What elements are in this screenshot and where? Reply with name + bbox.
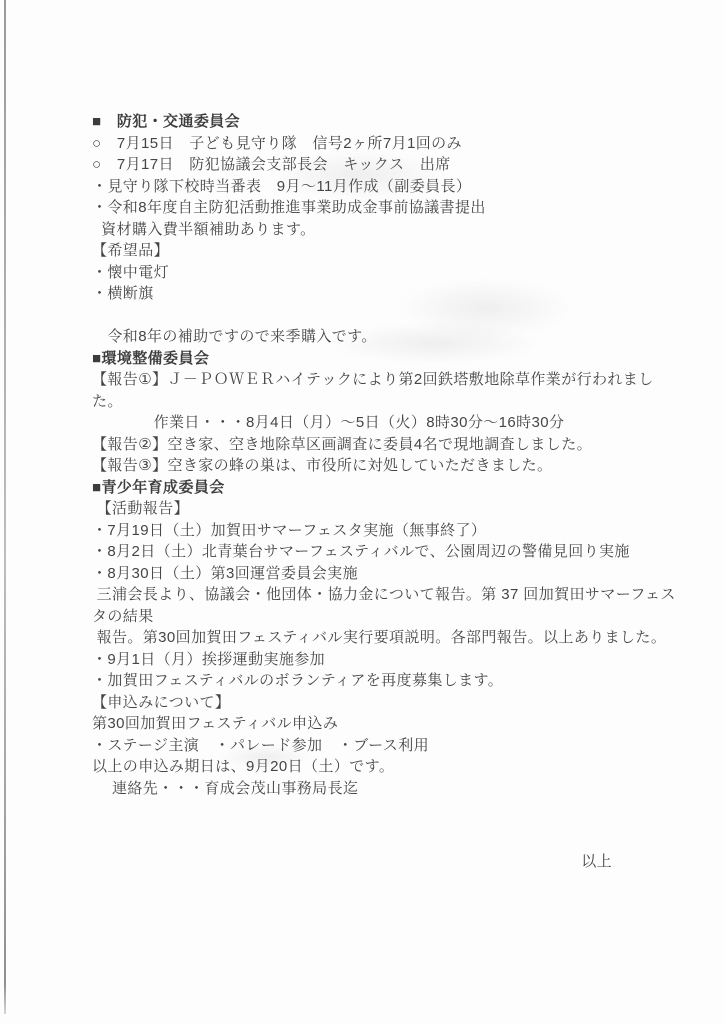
closing-text: 以上	[92, 851, 684, 873]
doc-line: 【報告③】空き家の蜂の巣は、市役所に対処していただきました。	[92, 455, 684, 477]
doc-line: 以上の申込み期日は、9月20日（土）です。	[92, 756, 684, 778]
doc-line: ・ステージ主演 ・パレード参加 ・ブース利用	[92, 735, 684, 757]
doc-line: ・8月30日（土）第3回運営委員会実施	[92, 563, 684, 585]
scanned-document-page: ■ 防犯・交通委員会 ○ 7月15日 子ども見守り隊 信号2ヶ所7月1回のみ ○…	[0, 0, 724, 1024]
blank-line	[92, 305, 684, 327]
doc-line: 令和8年の補助ですので来季購入です。	[92, 326, 684, 348]
doc-line: ・7月19日（土）加賀田サマーフェスタ実施（無事終了）	[92, 520, 684, 542]
doc-line: 作業日・・・8月4日（月）～5日（火）8時30分～16時30分	[92, 412, 684, 434]
doc-line: 【報告②】空き家、空き地除草区画調査に委員4名で現地調査しました。	[92, 434, 684, 456]
doc-line: 【申込みについて】	[92, 692, 684, 714]
doc-line: 資材購入費半額補助あります。	[92, 219, 684, 241]
doc-line: ・見守り隊下校時当番表 9月～11月作成（副委員長）	[92, 176, 684, 198]
section-heading: ■ 防犯・交通委員会	[92, 111, 684, 133]
doc-line: 第30回加賀田フェスティバル申込み	[92, 713, 684, 735]
doc-line: ○ 7月15日 子ども見守り隊 信号2ヶ所7月1回のみ	[92, 133, 684, 155]
doc-line: ・8月2日（土）北青葉台サマーフェスティバルで、公園周辺の警備見回り実施	[92, 541, 684, 563]
document-body: ■ 防犯・交通委員会 ○ 7月15日 子ども見守り隊 信号2ヶ所7月1回のみ ○…	[92, 111, 684, 873]
doc-line: ・令和8年度自主防犯活動推進事業助成金事前協議書提出	[92, 197, 684, 219]
doc-line: 【希望品】	[92, 240, 684, 262]
section-crime-prevention-traffic-committee: ■ 防犯・交通委員会 ○ 7月15日 子ども見守り隊 信号2ヶ所7月1回のみ ○…	[92, 111, 684, 348]
section-youth-development-committee: ■青少年育成委員会 【活動報告】 ・7月19日（土）加賀田サマーフェスタ実施（無…	[92, 477, 684, 800]
doc-line: ○ 7月17日 防犯協議会支部長会 キックス 出席	[92, 154, 684, 176]
doc-line: ・加賀田フェスティバルのボランティアを再度募集します。	[92, 670, 684, 692]
section-heading: ■青少年育成委員会	[92, 477, 684, 499]
doc-line: ・9月1日（月）挨拶運動実施参加	[92, 649, 684, 671]
doc-line: ・懐中電灯	[92, 262, 684, 284]
doc-line: 【報告①】Ｊ－ＰＯＷＥＲハイテックにより第2回鉄塔敷地除草作業が行われました。	[92, 369, 684, 412]
doc-line: ・横断旗	[92, 283, 684, 305]
section-environment-maintenance-committee: ■環境整備委員会 【報告①】Ｊ－ＰＯＷＥＲハイテックにより第2回鉄塔敷地除草作業…	[92, 348, 684, 477]
doc-line: 連絡先・・・育成会茂山事務局長迄	[92, 778, 684, 800]
doc-line: 報告。第30回加賀田フェスティバル実行要項説明。各部門報告。以上ありました。	[92, 627, 684, 649]
scan-edge-line	[4, 0, 6, 1014]
section-heading: ■環境整備委員会	[92, 348, 684, 370]
doc-line: 【活動報告】	[92, 498, 684, 520]
doc-line: 三浦会長より、協議会・他団体・協力金について報告。第 37 回加賀田サマーフェス…	[92, 584, 684, 627]
